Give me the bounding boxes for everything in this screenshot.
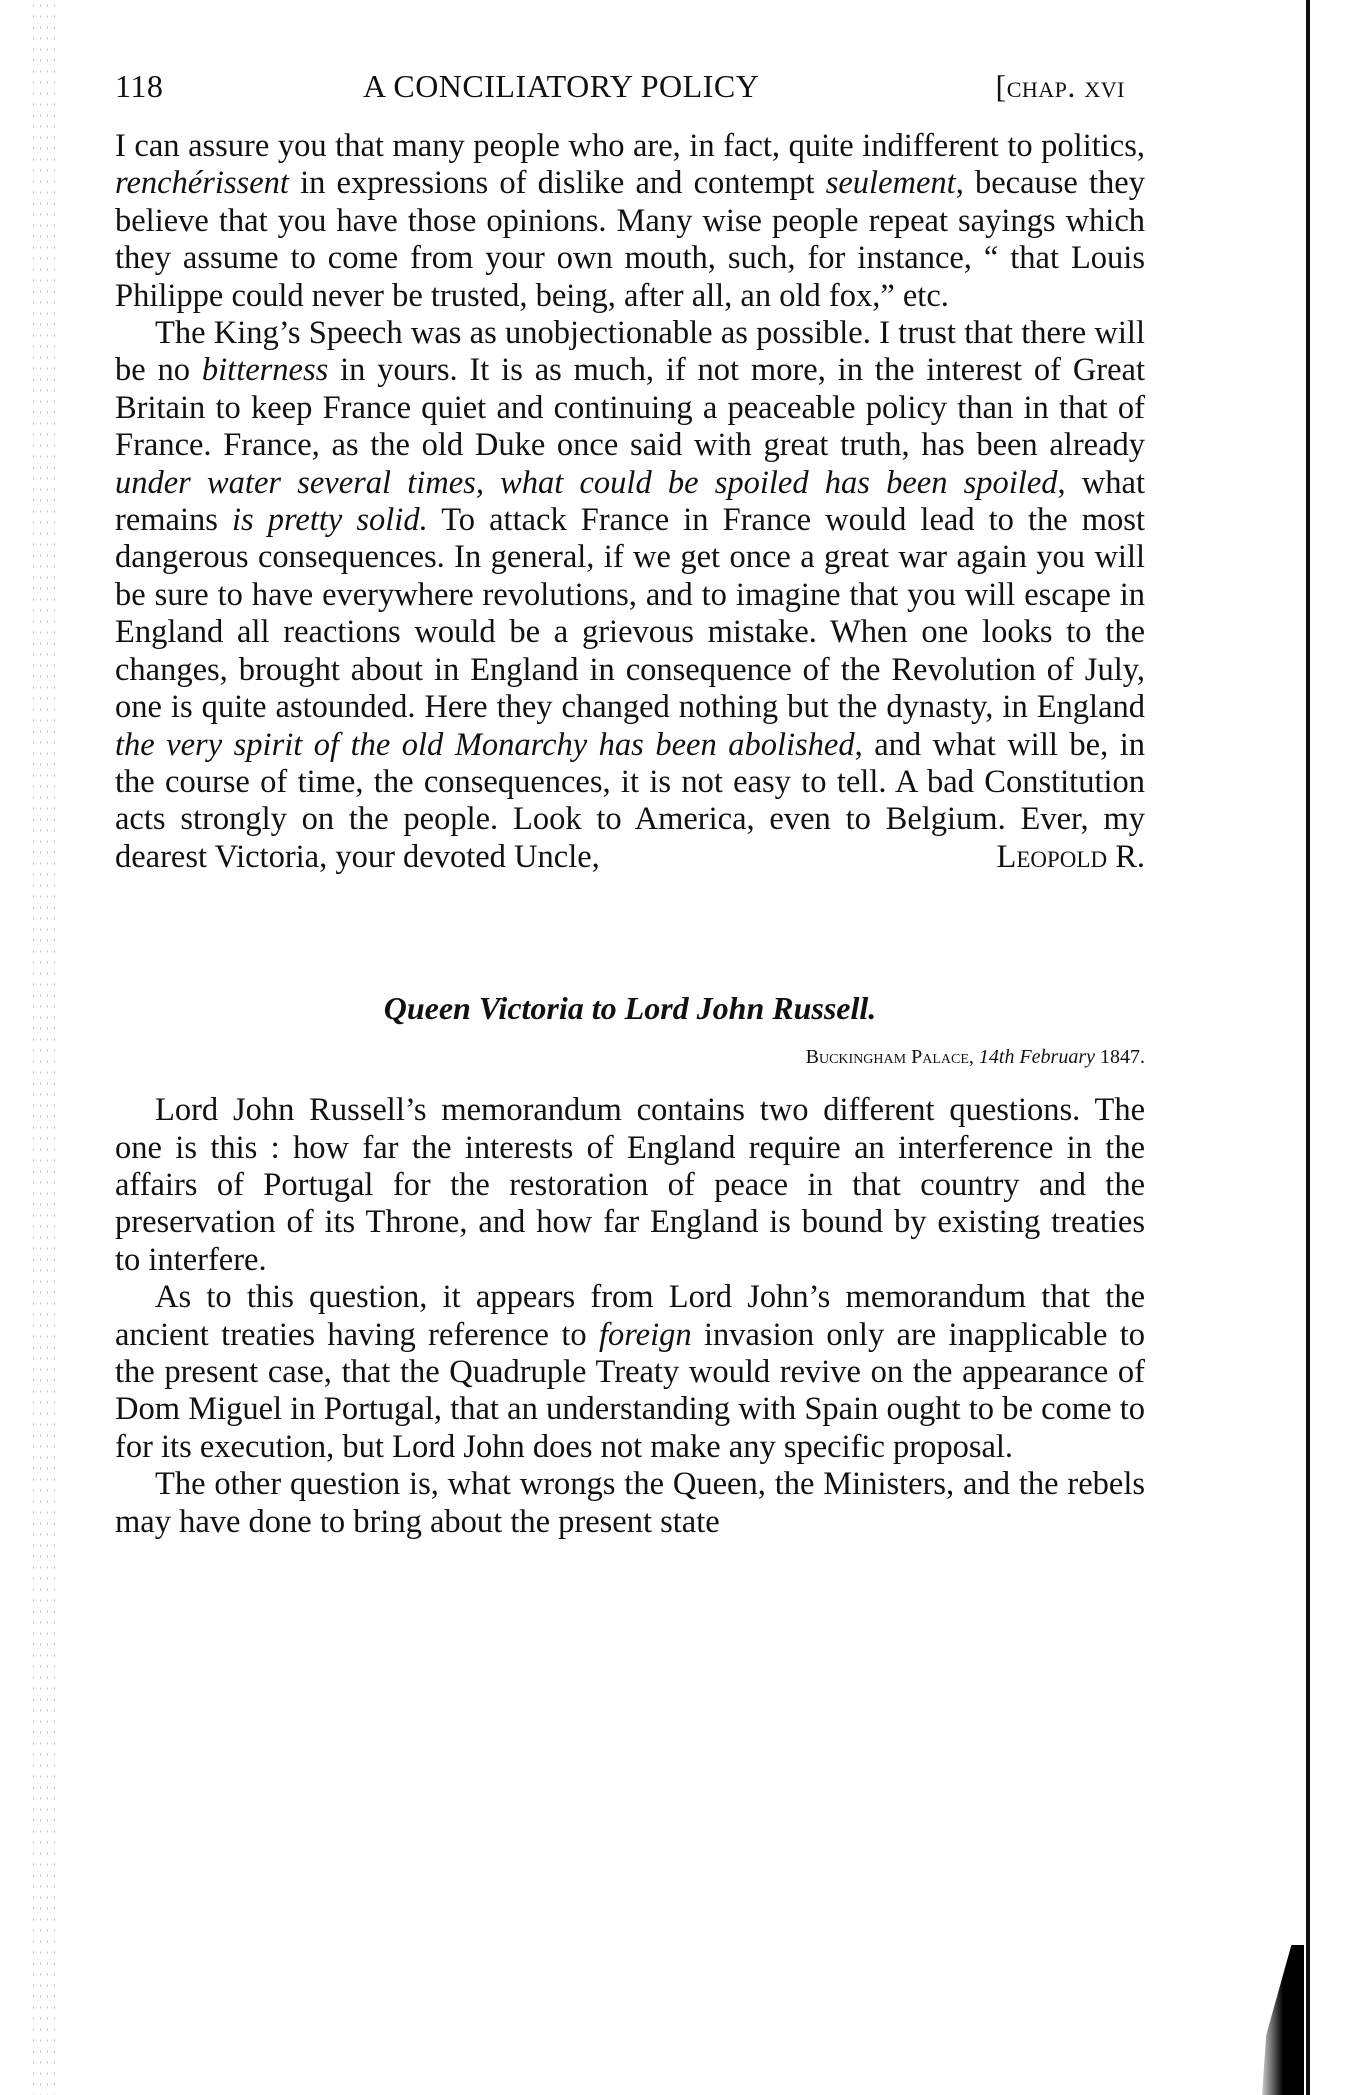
- scan-page-edge-left: [30, 0, 58, 2095]
- italic-run: seulement: [826, 165, 956, 201]
- scan-page-edge-right: [1306, 0, 1310, 2095]
- italic-run: foreign: [599, 1317, 692, 1353]
- signature: Leopold R.: [957, 839, 1146, 876]
- letter-leopold: I can assure you that many people who ar…: [115, 128, 1145, 876]
- dateline-year: 1847.: [1100, 1046, 1145, 1068]
- text-run: in expressions of dislike and contempt: [289, 165, 826, 201]
- text-run: I can assure you that many people who ar…: [115, 128, 1145, 164]
- paragraph: As to this question, it appears from Lor…: [115, 1279, 1145, 1466]
- italic-run: renchérissent: [115, 165, 289, 201]
- page-number: 118: [115, 68, 163, 105]
- running-head: 118 A CONCILIATORY POLICY [chap. xvi: [115, 68, 1125, 108]
- italic-run: bitterness: [202, 352, 328, 388]
- letter-victoria: Queen Victoria to Lord John Russell. Buc…: [115, 988, 1145, 1541]
- paragraph: Lord John Russell’s memorandum contains …: [115, 1092, 1145, 1279]
- dateline-month: February: [1019, 1046, 1095, 1068]
- dateline: Buckingham Palace, 14th February 1847.: [115, 1042, 1145, 1072]
- italic-run: is pretty solid.: [232, 502, 428, 538]
- text-run: Lord John Russell’s memorandum contains …: [115, 1092, 1145, 1278]
- paragraph: The other question is, what wrongs the Q…: [115, 1466, 1145, 1541]
- text-run: The other question is, what wrongs the Q…: [115, 1466, 1145, 1539]
- running-title: A CONCILIATORY POLICY: [363, 68, 759, 105]
- letter-heading: Queen Victoria to Lord John Russell.: [115, 988, 1145, 1028]
- section-break: [115, 876, 1145, 988]
- body-text: I can assure you that many people who ar…: [115, 128, 1145, 1541]
- dateline-day: 14th: [979, 1046, 1015, 1068]
- scan-binding-shadow: [1262, 1945, 1304, 2095]
- italic-run: the very spirit of the old Monarchy has …: [115, 727, 855, 763]
- paragraph: I can assure you that many people who ar…: [115, 128, 1145, 315]
- paragraph-text: The King’s Speech was as unobjectionable…: [115, 315, 1145, 875]
- italic-run: under water several times, what could be…: [115, 465, 1058, 501]
- dateline-place: Buckingham Palace: [806, 1046, 969, 1068]
- paragraph: The King’s Speech was as unobjectionable…: [115, 315, 1145, 876]
- chapter-marker: [chap. xvi: [996, 68, 1125, 105]
